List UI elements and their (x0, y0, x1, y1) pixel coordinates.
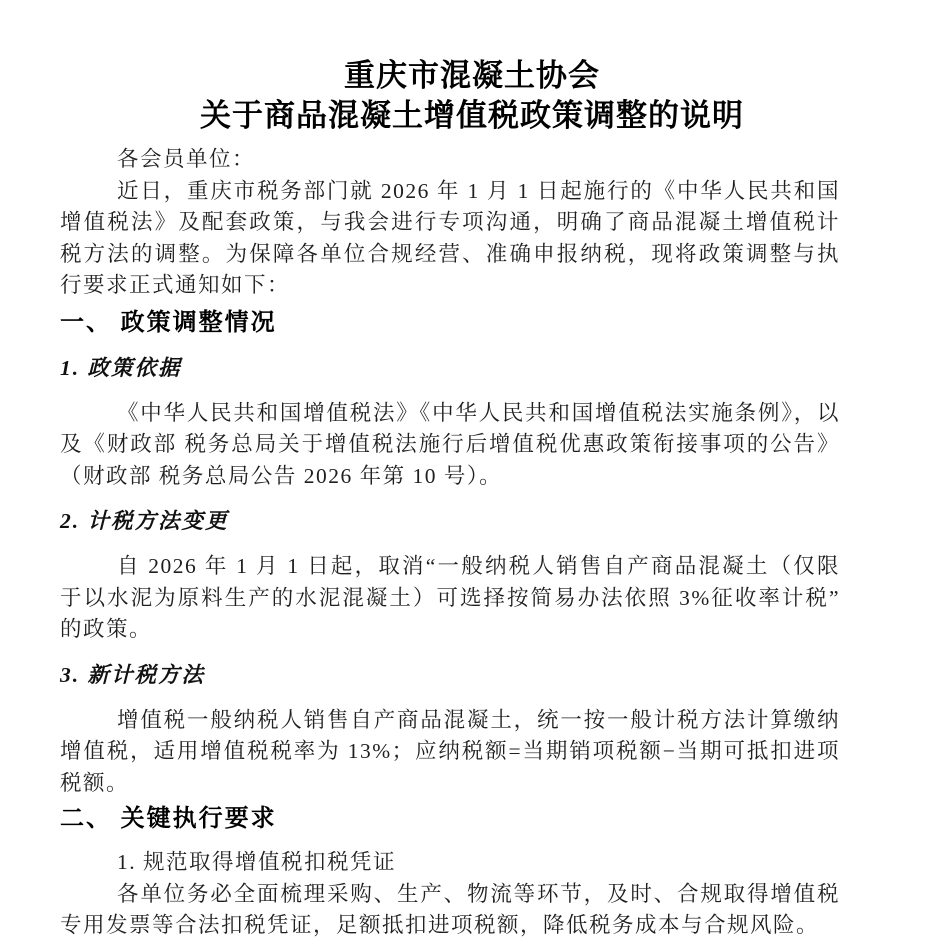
section-2-item-1-subheading: 1. 规范取得增值税扣税凭证 (60, 847, 840, 879)
document-title-block: 重庆市混凝土协会 关于商品混凝土增值税政策调整的说明 (0, 0, 944, 136)
section-1-heading: 一、 政策调整情况 (60, 307, 840, 339)
salutation: 各会员单位： (60, 144, 840, 176)
document-page: 重庆市混凝土协会 关于商品混凝土增值税政策调整的说明 各会员单位： 近日，重庆市… (0, 0, 944, 951)
section-2-heading: 二、 关键执行要求 (60, 803, 840, 835)
section-1-item-1-subheading: 1. 政策依据 (60, 353, 840, 384)
section-1-item-2-body: 自 2026 年 1 月 1 日起，取消“一般纳税人销售自产商品混凝土（仅限于以… (60, 551, 840, 646)
document-title-line-2: 关于商品混凝土增值税政策调整的说明 (0, 96, 944, 136)
document-body: 各会员单位： 近日，重庆市税务部门就 2026 年 1 月 1 日起施行的《中华… (60, 144, 840, 942)
section-1-item-3-body: 增值税一般纳税人销售自产商品混凝土，统一按一般计税方法计算缴纳增值税，适用增值税… (60, 705, 840, 800)
section-2-item-1-body: 各单位务必全面梳理采购、生产、物流等环节，及时、合规取得增值税专用发票等合法扣税… (60, 879, 840, 942)
intro-paragraph: 近日，重庆市税务部门就 2026 年 1 月 1 日起施行的《中华人民共和国增值… (60, 176, 840, 302)
section-1-item-1-body: 《中华人民共和国增值税法》《中华人民共和国增值税法实施条例》，以及《财政部 税务… (60, 398, 840, 493)
section-1-item-3-subheading: 3. 新计税方法 (60, 660, 840, 691)
section-1-item-2-subheading: 2. 计税方法变更 (60, 506, 840, 537)
document-title-line-1: 重庆市混凝土协会 (0, 56, 944, 96)
